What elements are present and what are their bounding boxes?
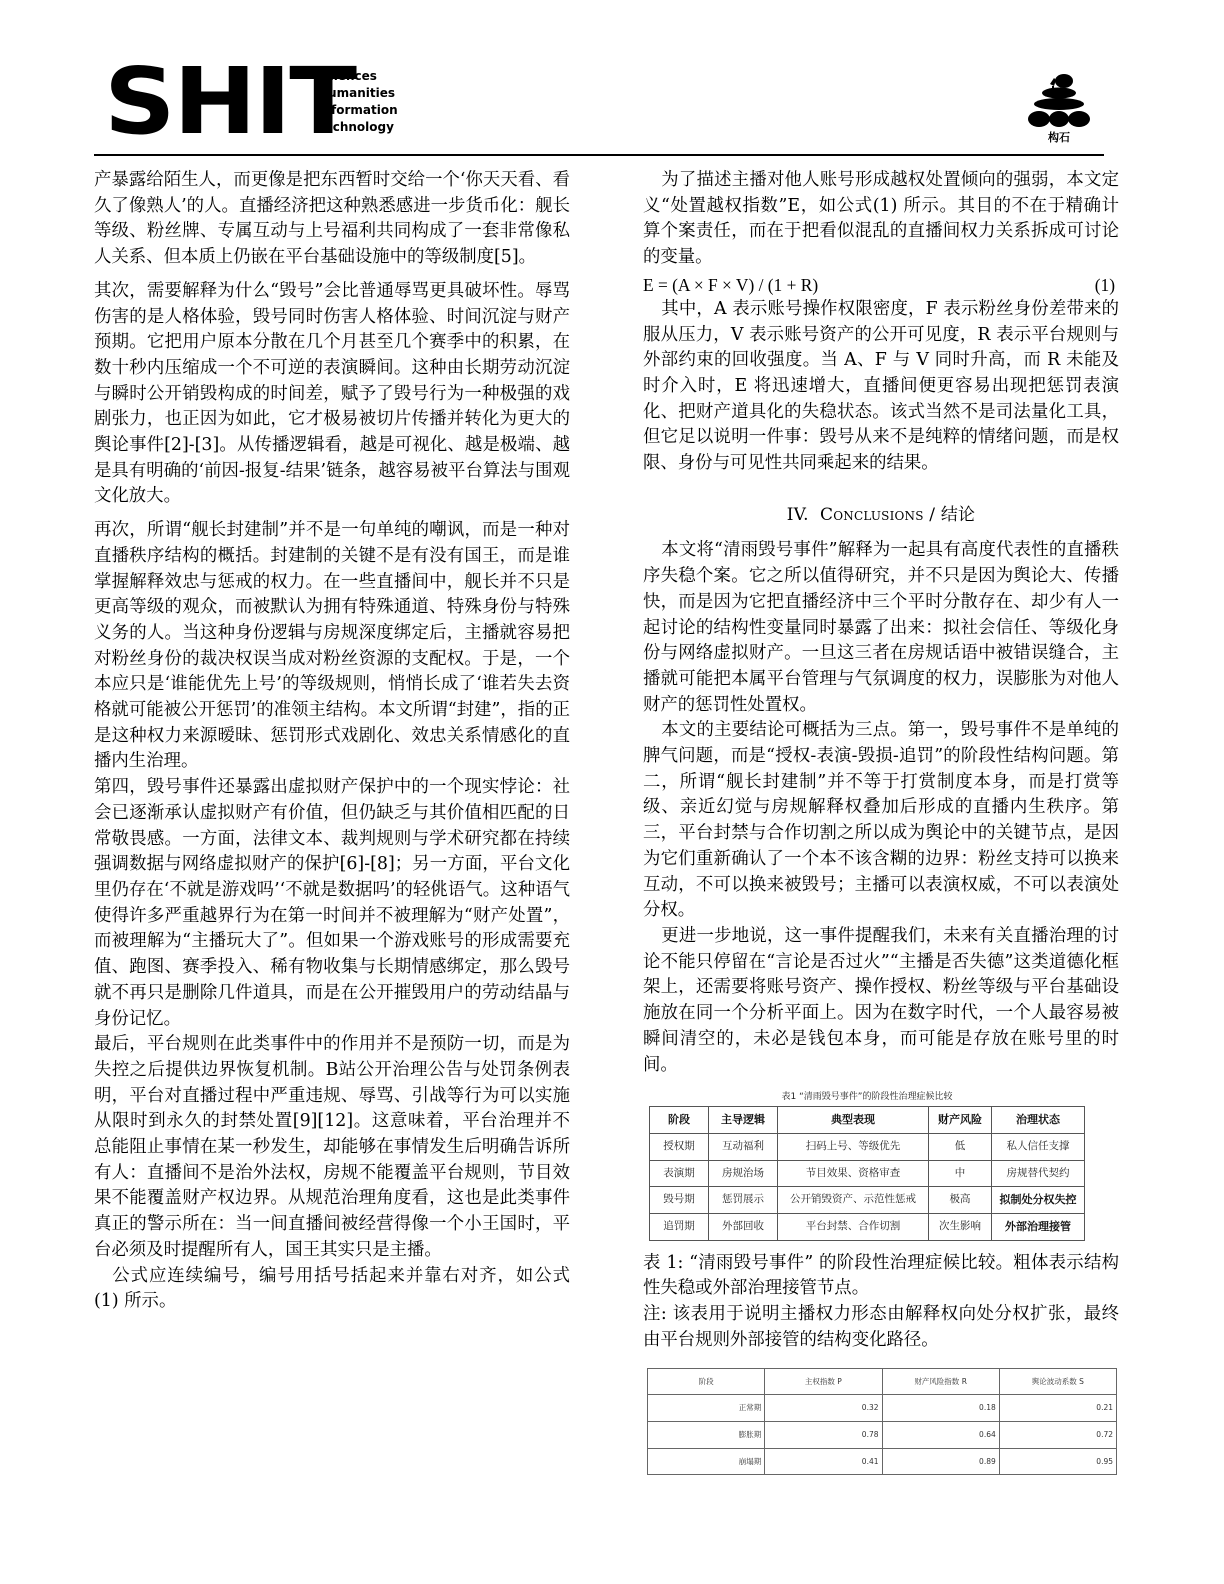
table-cell: 次生影响 [929,1214,992,1241]
table-header-cell: 治理状态 [992,1107,1085,1134]
left-column: 产暴露给陌生人，而更像是把东西暂时交给一个‘你天天看、看久了像熟人’的人。直播经… [94,168,570,1315]
table-cell: 追罚期 [650,1214,709,1241]
section-title-cn: / 结论 [929,505,975,525]
table-cell: 公开销毁资产、示范性惩戒 [778,1187,929,1214]
table-cell: 表演期 [650,1160,709,1187]
equation-number: (1) [1095,273,1115,299]
table-cell: 0.78 [765,1421,882,1448]
table-cell: 0.32 [765,1395,882,1422]
table-2: 阶段 主权指数 P 财产风险指数 R 舆论波动系数 S 正常期 0.32 0.1… [647,1368,1117,1476]
body-paragraph: 其中，A 表示账号操作权限密度，F 表示粉丝身份差带来的服从压力，V 表示账号资… [643,297,1119,477]
table-cell: 互动福利 [709,1133,778,1160]
publisher-logo: 构石 [1024,72,1094,145]
table-cell: 扫码上号、等级优先 [778,1133,929,1160]
body-paragraph: 本文将“清雨毁号事件”解释为一起具有高度代表性的直播秩序失稳个案。它之所以值得研… [643,538,1119,718]
table-cell-emphasis: 拟制处分权失控 [992,1187,1085,1214]
table-row: 崩塌期 0.41 0.89 0.95 [648,1448,1117,1475]
pile-of-stones-icon [1026,72,1092,128]
body-paragraph: 本文的主要结论可概括为三点。第一，毁号事件不是单纯的脾气问题，而是“授权-表演-… [643,718,1119,924]
body-paragraph: 产暴露给陌生人，而更像是把东西暂时交给一个‘你天天看、看久了像熟人’的人。直播经… [94,168,570,271]
table-1-note: 注: 该表用于说明主播权力形态由解释权向处分权扩张，最终由平台规则外部接管的结构… [643,1302,1119,1353]
table-header-cell: 财产风险指数 R [882,1368,999,1395]
table-cell: 0.21 [999,1395,1116,1422]
table-cell: 房规替代契约 [992,1160,1085,1187]
table-cell: 0.95 [999,1448,1116,1475]
publisher-name: 构石 [1024,129,1094,145]
table-1-figure: 表1 “清雨毁号事件”的阶段性治理症候比较 阶段 主导逻辑 典型表现 财产风险 … [649,1090,1085,1241]
body-paragraph: 最后，平台规则在此类事件中的作用并不是预防一切，而是为失控之后提供边界恢复机制。… [94,1032,570,1263]
table-row: 膨胀期 0.78 0.64 0.72 [648,1421,1117,1448]
table-cell: 崩塌期 [648,1448,765,1475]
table-cell: 0.72 [999,1421,1116,1448]
equation-expression: E = (A × F × V) / (1 + R) [643,275,818,295]
table-cell: 房规治场 [709,1160,778,1187]
table-cell: 膨胀期 [648,1421,765,1448]
page-header: SHIT Sciences Humanities Information Tec… [94,62,1104,156]
journal-logo-subtitle: Sciences Humanities Information Technolo… [318,68,398,136]
body-paragraph: 再次，所谓“舰长封建制”并不是一句单纯的嘲讽，而是一种对直播秩序结构的概括。封建… [94,518,570,775]
table-cell: 低 [929,1133,992,1160]
table-row: 追罚期 外部回收 平台封禁、合作切割 次生影响 外部治理接管 [650,1214,1085,1241]
table-cell: 毁号期 [650,1187,709,1214]
table-cell: 授权期 [650,1133,709,1160]
body-paragraph: 为了描述主播对他人账号形成越权处置倾向的强弱，本文定义“处置越权指数”E，如公式… [643,168,1119,271]
table-cell: 0.89 [882,1448,999,1475]
logo-line: Humanities [318,85,398,102]
table-header-cell: 财产风险 [929,1107,992,1134]
table-cell: 平台封禁、合作切割 [778,1214,929,1241]
body-paragraph: 公式应连续编号，编号用括号括起来并靠右对齐，如公式 (1) 所示。 [94,1264,570,1315]
table-header-cell: 典型表现 [778,1107,929,1134]
table-header-cell: 阶段 [650,1107,709,1134]
table-cell: 私人信任支撑 [992,1133,1085,1160]
table-cell: 中 [929,1160,992,1187]
body-paragraph: 第四，毁号事件还暴露出虚拟财产保护中的一个现实悖论：社会已逐渐承认虚拟财产有价值… [94,775,570,1032]
header-divider [94,154,1104,156]
table-row: 正常期 0.32 0.18 0.21 [648,1395,1117,1422]
table-row: 表演期 房规治场 节目效果、资格审查 中 房规替代契约 [650,1160,1085,1187]
table-header-row: 阶段 主权指数 P 财产风险指数 R 舆论波动系数 S [648,1368,1117,1395]
table-header-row: 阶段 主导逻辑 典型表现 财产风险 治理状态 [650,1107,1085,1134]
body-paragraph: 更进一步地说，这一事件提醒我们，未来有关直播治理的讨论不能只停留在“言论是否过火… [643,924,1119,1078]
table-cell-emphasis: 外部治理接管 [992,1214,1085,1241]
section-heading: IV. Conclusions / 结论 [643,503,1119,529]
table-cell: 外部回收 [709,1214,778,1241]
logo-line: Sciences [318,68,398,85]
table-row: 授权期 互动福利 扫码上号、等级优先 低 私人信任支撑 [650,1133,1085,1160]
table-header-cell: 主导逻辑 [709,1107,778,1134]
table-cell: 正常期 [648,1395,765,1422]
table-1-caption: 表 1: “清雨毁号事件” 的阶段性治理症候比较。粗体表示结构性失稳或外部治理接… [643,1251,1119,1302]
table-cell: 惩罚展示 [709,1187,778,1214]
right-column: 为了描述主播对他人账号形成越权处置倾向的强弱，本文定义“处置越权指数”E，如公式… [643,168,1119,1475]
table-row: 毁号期 惩罚展示 公开销毁资产、示范性惩戒 极高 拟制处分权失控 [650,1187,1085,1214]
table-cell: 0.18 [882,1395,999,1422]
table-2-figure: 阶段 主权指数 P 财产风险指数 R 舆论波动系数 S 正常期 0.32 0.1… [647,1368,1117,1476]
table-header-cell: 舆论波动系数 S [999,1368,1116,1395]
body-paragraph: 其次，需要解释为什么“毁号”会比普通辱骂更具破坏性。辱骂伤害的是人格体验，毁号同… [94,279,570,510]
section-number: IV. [787,505,809,525]
equation-1: E = (A × F × V) / (1 + R) (1) [643,273,1119,297]
logo-line: Technology [318,119,398,136]
table-cell: 0.41 [765,1448,882,1475]
table-cell: 0.64 [882,1421,999,1448]
table-header-cell: 主权指数 P [765,1368,882,1395]
table-cell: 节目效果、资格审查 [778,1160,929,1187]
table-cell: 极高 [929,1187,992,1214]
table-header-cell: 阶段 [648,1368,765,1395]
table-1: 阶段 主导逻辑 典型表现 财产风险 治理状态 授权期 互动福利 扫码上号、等级优… [649,1106,1085,1241]
table-1-title: 表1 “清雨毁号事件”的阶段性治理症候比较 [649,1090,1085,1104]
logo-line: Information [318,102,398,119]
section-title-en: Conclusions [820,505,924,525]
